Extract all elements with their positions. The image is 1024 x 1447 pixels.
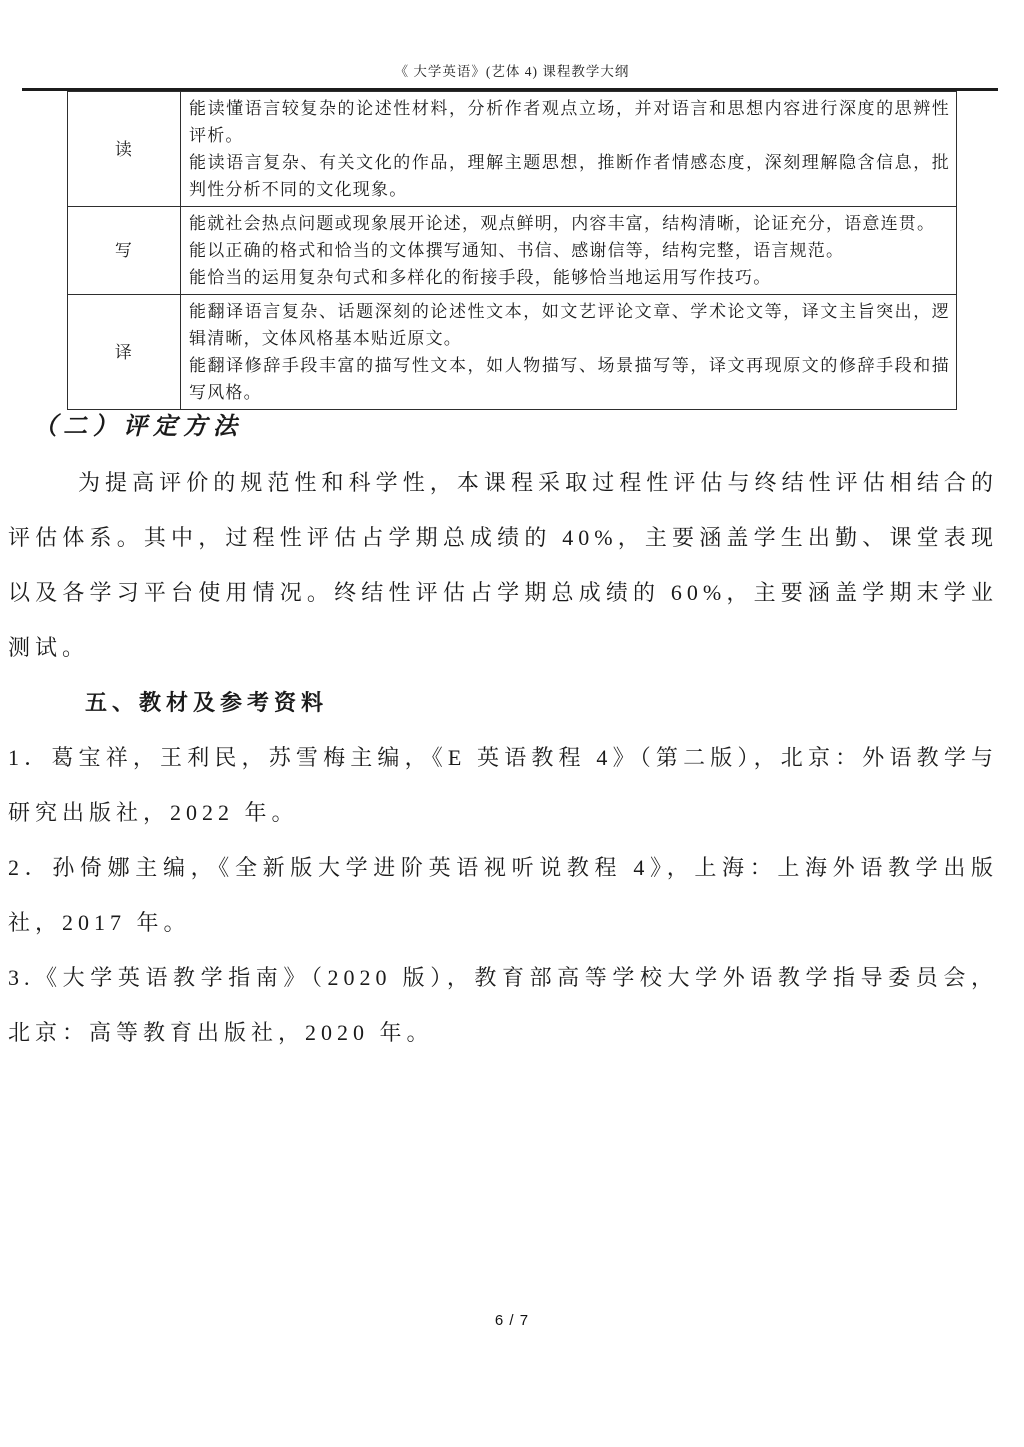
- skill-desc-paragraph: 能恰当的运用复杂句式和多样化的衔接手段，能够恰当地运用写作技巧。: [189, 264, 950, 291]
- skill-label-translation: 译: [68, 295, 181, 410]
- skill-desc-translation: 能翻译语言复杂、话题深刻的论述性文本，如文艺评论文章、学术论文等，译文主旨突出，…: [181, 295, 957, 410]
- skill-desc-paragraph: 能以正确的格式和恰当的文体撰写通知、书信、感谢信等，结构完整，语言规范。: [189, 237, 950, 264]
- reference-item-3: 3.《大学英语教学指南》（2020 版），教育部高等学校大学外语教学指导委员会，…: [8, 950, 998, 1060]
- skills-table: 读 能读懂语言较复杂的论述性材料，分析作者观点立场，并对语言和思想内容进行深度的…: [67, 91, 957, 410]
- page-header-title: 《 大学英语》(艺体 4) 课程教学大纲: [0, 60, 1024, 80]
- skill-desc-reading: 能读懂语言较复杂的论述性材料，分析作者观点立场，并对语言和思想内容进行深度的思辨…: [181, 92, 957, 207]
- reference-item-1: 1．葛宝祥，王利民，苏雪梅主编，《E 英语教程 4》（第二版），北京：外语教学与…: [8, 730, 998, 840]
- skill-desc-paragraph: 能读语言复杂、有关文化的作品，理解主题思想，推断作者情感态度，深刻理解隐含信息，…: [189, 149, 950, 203]
- table-row-reading: 读 能读懂语言较复杂的论述性材料，分析作者观点立场，并对语言和思想内容进行深度的…: [68, 92, 957, 207]
- document-page: 《 大学英语》(艺体 4) 课程教学大纲 读 能读懂语言较复杂的论述性材料，分析…: [0, 0, 1024, 1447]
- evaluation-method-heading: （二）评定方法: [33, 400, 998, 455]
- reference-item-2: 2．孙倚娜主编，《全新版大学进阶英语视听说教程 4》，上海：上海外语教学出版社，…: [8, 840, 998, 950]
- page-number: 6 / 7: [0, 1312, 1024, 1329]
- table-row-writing: 写 能就社会热点问题或现象展开论述，观点鲜明，内容丰富，结构清晰，论证充分，语意…: [68, 207, 957, 295]
- evaluation-paragraph: 为提高评价的规范性和科学性，本课程采取过程性评估与终结性评估相结合的评估体系。其…: [8, 455, 998, 675]
- skill-desc-paragraph: 能翻译修辞手段丰富的描写性文本，如人物描写、场景描写等，译文再现原文的修辞手段和…: [189, 352, 950, 406]
- skill-desc-paragraph: 能就社会热点问题或现象展开论述，观点鲜明，内容丰富，结构清晰，论证充分，语意连贯…: [189, 210, 950, 237]
- skill-desc-paragraph: 能翻译语言复杂、话题深刻的论述性文本，如文艺评论文章、学术论文等，译文主旨突出，…: [189, 298, 950, 352]
- skill-desc-writing: 能就社会热点问题或现象展开论述，观点鲜明，内容丰富，结构清晰，论证充分，语意连贯…: [181, 207, 957, 295]
- skill-label-reading: 读: [68, 92, 181, 207]
- materials-heading: 五、教材及参考资料: [85, 675, 998, 730]
- table-row-translation: 译 能翻译语言复杂、话题深刻的论述性文本，如文艺评论文章、学术论文等，译文主旨突…: [68, 295, 957, 410]
- skill-desc-paragraph: 能读懂语言较复杂的论述性材料，分析作者观点立场，并对语言和思想内容进行深度的思辨…: [189, 95, 950, 149]
- skill-label-writing: 写: [68, 207, 181, 295]
- document-body: （二）评定方法 为提高评价的规范性和科学性，本课程采取过程性评估与终结性评估相结…: [8, 400, 998, 1060]
